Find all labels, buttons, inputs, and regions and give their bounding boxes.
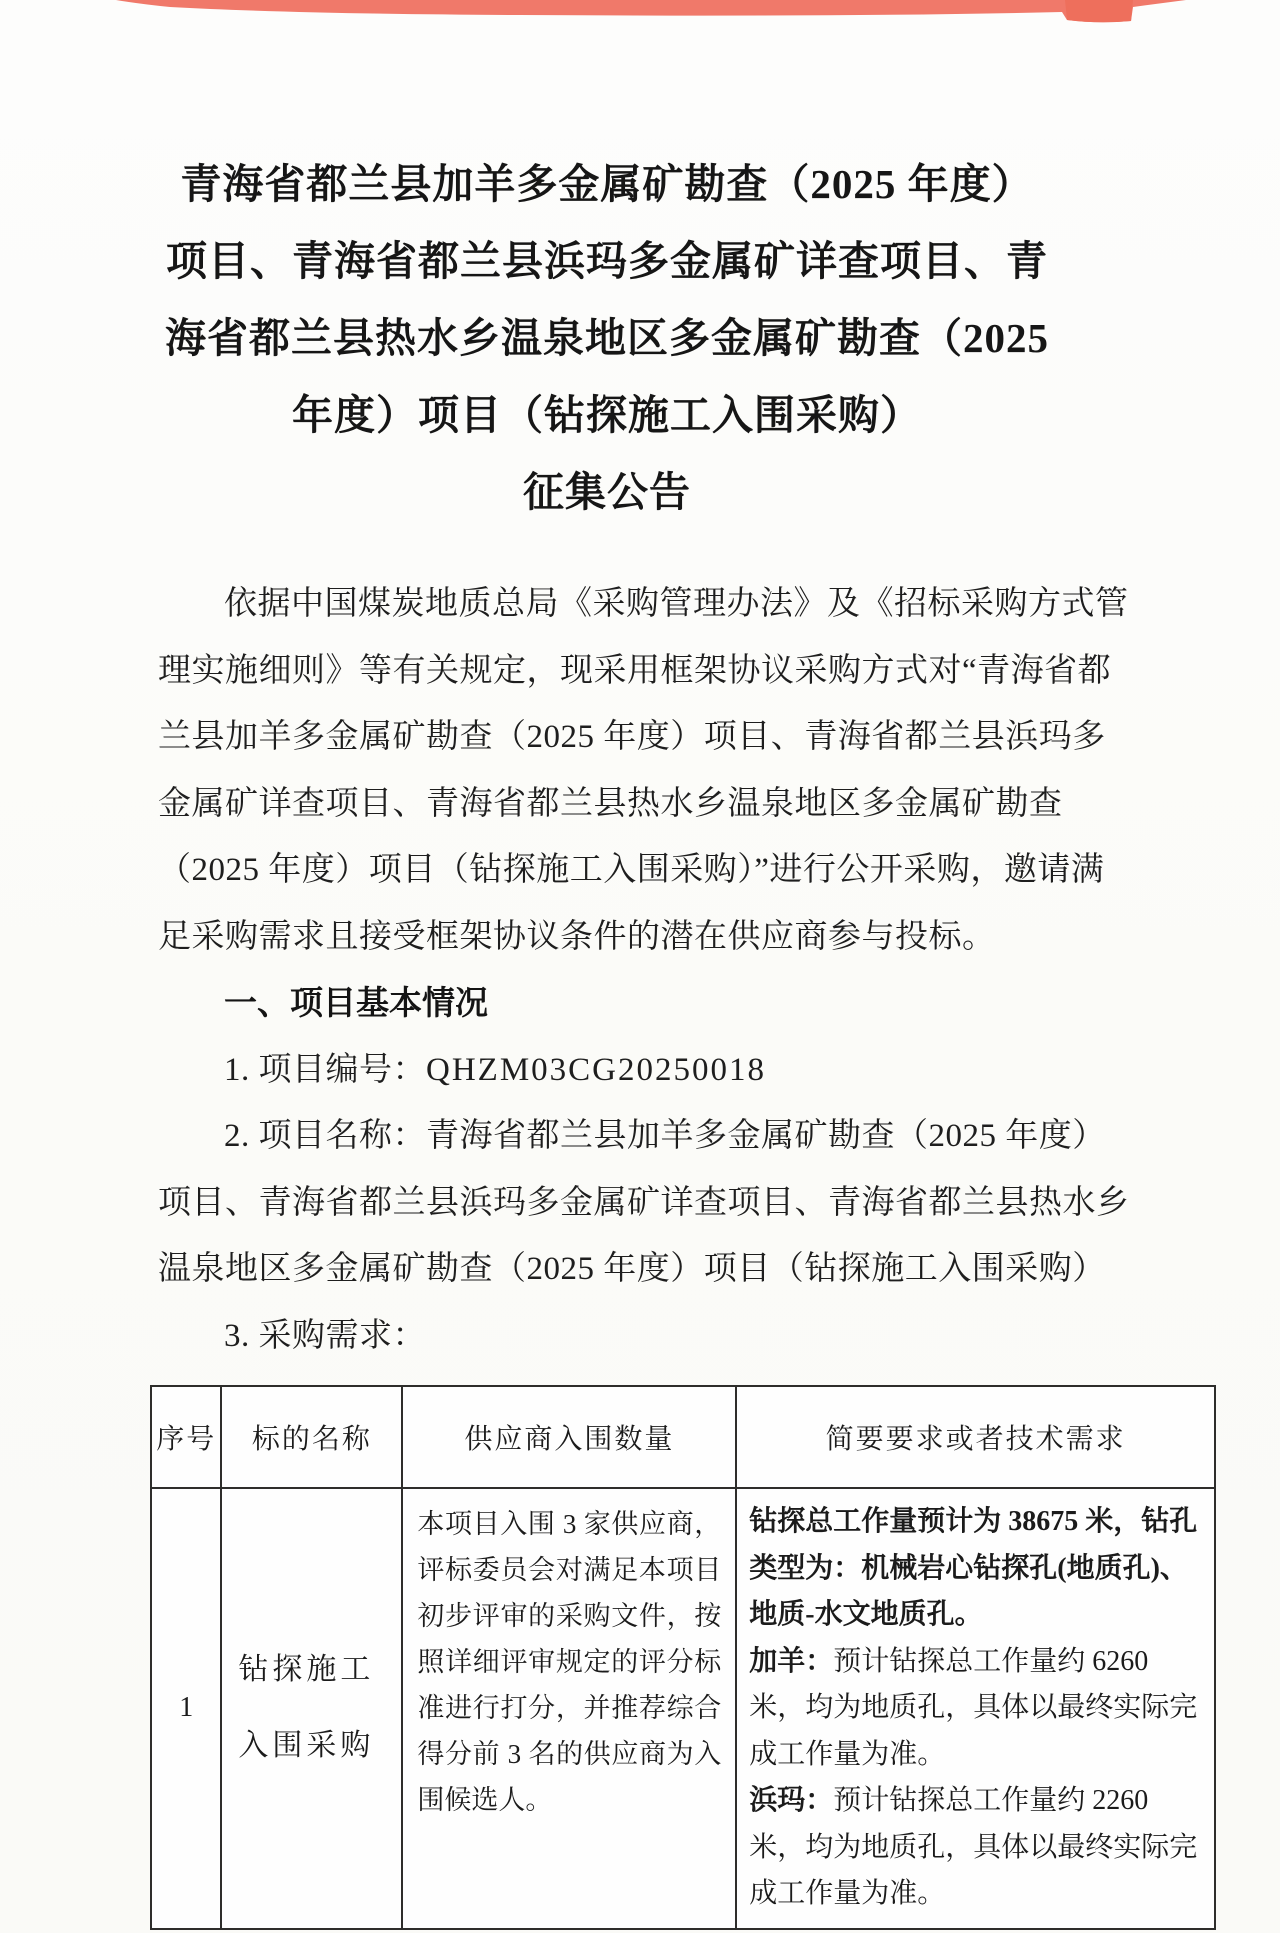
intro-line: 金属矿详查项目、青海省都兰县热水乡温泉地区多金属矿勘查: [158, 771, 1216, 838]
cell-subject: 钻探施工入围采购: [221, 1488, 402, 1929]
header-quantity: 供应商入围数量: [402, 1386, 736, 1488]
project-number-line: 1. 项目编号：QHZM03CG20250018: [158, 1037, 1216, 1104]
procurement-demand-label: 3. 采购需求：: [158, 1303, 1216, 1370]
red-paper-edge: [0, 0, 1280, 34]
table-row: 1 钻探施工入围采购 本项目入围 3 家供应商，评标委员会对满足本项目初步评审的…: [151, 1488, 1215, 1929]
page-title-line: 海省都兰县热水乡温泉地区多金属矿勘查（2025: [164, 300, 1050, 377]
project-name-line: 项目、青海省都兰县浜玛多金属矿详查项目、青海省都兰县热水乡: [158, 1170, 1216, 1237]
requirements-binma-label: 浜玛：: [749, 1785, 833, 1816]
requirements-binma: 浜玛：预计钻探总工作量约 2260 米，均为地质孔，具体以最终实际完成工作量为准…: [749, 1778, 1202, 1918]
header-requirements: 简要要求或者技术需求: [736, 1386, 1215, 1488]
header-seq: 序号: [151, 1386, 221, 1488]
cell-seq: 1: [151, 1488, 221, 1929]
page-title-line: 青海省都兰县加羊多金属矿勘查（2025 年度）: [164, 146, 1050, 223]
intro-paragraph: 依据中国煤炭地质总局《采购管理办法》及《招标采购方式管 理实施细则》等有关规定，…: [158, 571, 1216, 970]
requirements-jiayang-label: 加羊：: [749, 1646, 833, 1677]
table-header-row: 序号 标的名称 供应商入围数量 简要要求或者技术需求: [151, 1386, 1215, 1488]
project-number-value: QHZM03CG20250018: [426, 1052, 766, 1088]
intro-line: 依据中国煤炭地质总局《采购管理办法》及《招标采购方式管: [158, 571, 1216, 638]
requirements-jiayang: 加羊：预计钻探总工作量约 6260 米，均为地质孔，具体以最终实际完成工作量为准…: [749, 1639, 1202, 1779]
project-number-label: 1. 项目编号：: [224, 1052, 426, 1088]
project-name-block: 2. 项目名称：青海省都兰县加羊多金属矿勘查（2025 年度） 项目、青海省都兰…: [158, 1103, 1216, 1303]
cell-requirements: 钻探总工作量预计为 38675 米，钻孔类型为：机械岩心钻探孔(地质孔)、地质-…: [736, 1488, 1215, 1929]
intro-line: （2025 年度）项目（钻探施工入围采购）”进行公开采购，邀请满: [158, 837, 1216, 904]
page-title-line: 年度）项目（钻探施工入围采购）: [164, 377, 1050, 454]
intro-line: 兰县加羊多金属矿勘查（2025 年度）项目、青海省都兰县浜玛多: [158, 704, 1216, 771]
requirements-total-workload: 钻探总工作量预计为 38675 米，钻孔类型为：机械岩心钻探孔(地质孔)、地质-…: [749, 1499, 1202, 1639]
page-title-line: 征集公告: [164, 454, 1050, 531]
intro-line: 理实施细则》等有关规定，现采用框架协议采购方式对“青海省都: [158, 638, 1216, 705]
document-body: 青海省都兰县加羊多金属矿勘查（2025 年度） 项目、青海省都兰县浜玛多金属矿详…: [0, 146, 1280, 1930]
cell-quantity: 本项目入围 3 家供应商，评标委员会对满足本项目初步评审的采购文件，按照详细评审…: [402, 1488, 736, 1929]
page-title: 青海省都兰县加羊多金属矿勘查（2025 年度） 项目、青海省都兰县浜玛多金属矿详…: [164, 146, 1050, 531]
section-heading-basic-info: 一、项目基本情况: [158, 970, 1216, 1037]
procurement-requirements-table: 序号 标的名称 供应商入围数量 简要要求或者技术需求 1 钻探施工入围采购 本项…: [150, 1385, 1216, 1930]
project-name-line: 2. 项目名称：青海省都兰县加羊多金属矿勘查（2025 年度）: [158, 1103, 1216, 1170]
document-page: 青海省都兰县加羊多金属矿勘查（2025 年度） 项目、青海省都兰县浜玛多金属矿详…: [0, 0, 1280, 1933]
intro-line: 足采购需求且接受框架协议条件的潜在供应商参与投标。: [158, 904, 1216, 971]
page-title-line: 项目、青海省都兰县浜玛多金属矿详查项目、青: [164, 223, 1050, 300]
header-subject: 标的名称: [221, 1386, 402, 1488]
project-name-line: 温泉地区多金属矿勘查（2025 年度）项目（钻探施工入围采购）: [158, 1236, 1216, 1303]
